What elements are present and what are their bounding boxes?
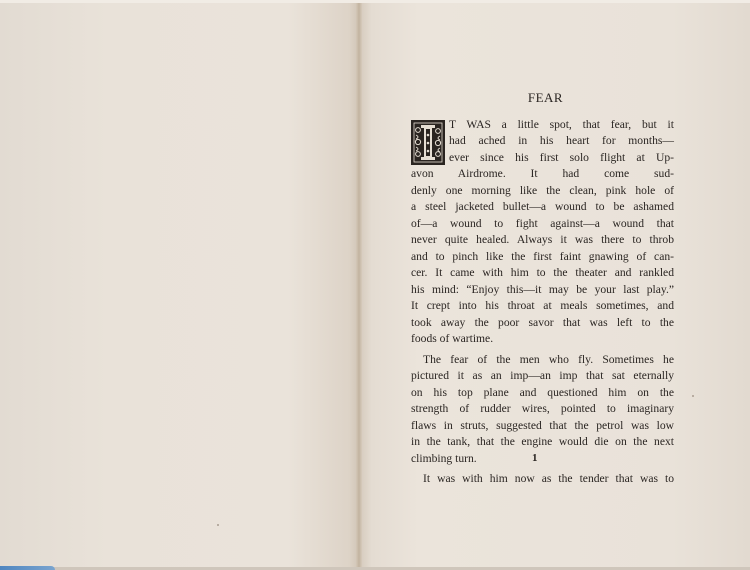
paragraph-2: The fear of the men who fly. Sometimes h… (411, 352, 674, 468)
text-line: climbing turn. (411, 451, 674, 468)
chapter-title: FEAR (411, 90, 674, 107)
text-line: of—a wound to fight against—a wound that (411, 216, 674, 233)
text-line: ever since his first solo flight at Up- (411, 150, 674, 167)
text-line: foods of wartime. (411, 331, 674, 348)
text-line: never quite healed. Always it was there … (411, 232, 674, 249)
text-line: pictured it as an imp—an imp that sat et… (411, 368, 674, 385)
text-line: in the tank, that the engine would die o… (411, 434, 674, 451)
text-line: a steel jacketed bullet—a wound to be as… (411, 199, 674, 216)
text-line: The fear of the men who fly. Sometimes h… (411, 352, 674, 369)
text-line: denly one morning like the clean, pink h… (411, 183, 674, 200)
text-line: flaws in struts, suggested that the petr… (411, 418, 674, 435)
text-line: strength of rudder wires, pointed to ima… (411, 401, 674, 418)
page-number: 1 (532, 452, 538, 464)
ornamental-initial-I-icon (411, 120, 445, 165)
text-line: It was with him now as the tender that w… (411, 471, 674, 488)
table-surface-blue (0, 566, 55, 570)
chapter-text: FEAR (411, 90, 674, 488)
text-line: had ached in his heart for months— (411, 133, 674, 150)
text-line: on his top plane and questioned him on t… (411, 385, 674, 402)
left-page-blank (0, 0, 360, 568)
text-line: avon Airdrome. It had come sud- (411, 166, 674, 183)
text-line: It crept into his throat at meals someti… (411, 298, 674, 315)
paragraph-1: T WAS a little spot, that fear, but it h… (411, 117, 674, 348)
book-gutter (356, 0, 362, 568)
open-book: FEAR (0, 0, 750, 570)
paragraph-3: It was with him now as the tender that w… (411, 471, 674, 488)
text-line: T WAS a little spot, that fear, but it (411, 117, 674, 134)
paper-speck (217, 524, 219, 526)
text-line: cer. It came with him to the theater and… (411, 265, 674, 282)
paper-speck (692, 395, 694, 397)
text-line: took away the poor savor that was left t… (411, 315, 674, 332)
page-top-edge (0, 0, 750, 3)
text-line: and to pinch like the first faint gnawin… (411, 249, 674, 266)
text-line: his mind: “Enjoy this—it may be your las… (411, 282, 674, 299)
